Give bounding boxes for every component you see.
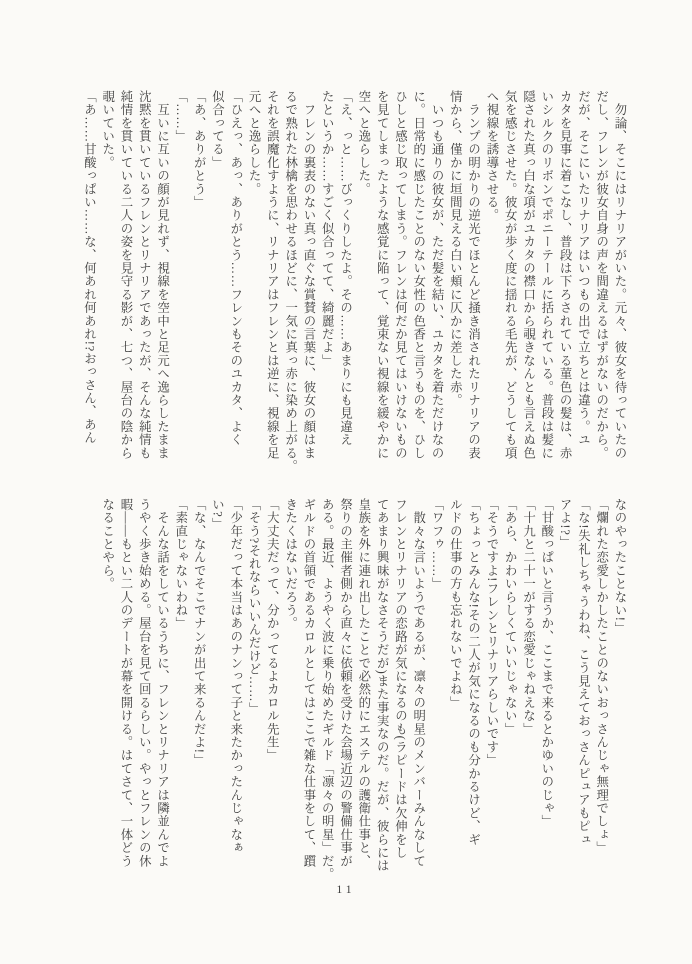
- text-column: 「……」: [172, 90, 190, 462]
- text-column: ルドの仕事の方も忘れないでよね」: [446, 498, 464, 870]
- text-column: い?」: [208, 498, 226, 870]
- text-column: 情から、僅かに垣間見える白い頬に仄かに差した赤。: [446, 90, 464, 462]
- text-column: 沈黙を貫いているフレンとリナリアであったが、そんな純情も: [135, 90, 153, 462]
- text-column: 「素直じゃないわね」: [172, 498, 190, 870]
- text-column: フレンとリナリアの恋路が気になるのも(ラピードは欠伸をし: [391, 498, 409, 870]
- text-column: だし、フレンが彼女自身の声を間違えるはずがないのだから。: [592, 90, 610, 462]
- text-column: るで熟れた林檎を思わせるほどに、一気に真っ赤に染め上がる。: [281, 90, 299, 462]
- text-column: だが、そこにいたリナリアはいつもの出で立ちとは違う。ユ: [574, 90, 592, 462]
- page-number: 11: [0, 884, 692, 896]
- text-column: 「ひえっ、あっ、ありがとう……フレンもそのユカタ、よく: [226, 90, 244, 462]
- text-column: 「十九と二十一がする恋愛じゃねえな」: [519, 498, 537, 870]
- text-column: フレンの裏表のない真っ直ぐな賞賛の言葉に、彼女の顔はま: [300, 90, 318, 462]
- text-column: 「あ……甘酸っぱい……な、何あれ何あれ!?おっさん、あん: [80, 90, 98, 462]
- text-column: いつも通りの彼女が、ただ髪を結い、ユカタを着ただけなの: [428, 90, 446, 462]
- text-column: 「ワフゥ……」: [428, 498, 446, 870]
- text-column: 「爛れた恋愛しかしたことのないおっさんじゃ無理でしょ」: [592, 498, 610, 870]
- text-column: 「そうですよ!フレンとリナリアらしいです」: [483, 498, 501, 870]
- text-column: なることやら。: [98, 498, 116, 870]
- text-column: なのやったことない!」: [611, 498, 629, 870]
- text-column: 覗いていた。: [98, 90, 116, 462]
- top-text-block: 勿論、そこにはリナリアがいた。元々、彼女を待っていたのだし、フレンが彼女自身の声…: [80, 90, 629, 462]
- text-column: 「大丈夫だって、分かってるよカロル先生」: [263, 498, 281, 870]
- text-column: それを誤魔化すように、リナリアはフレンとは逆に、視線を足: [263, 90, 281, 462]
- text-column: 祭りの主催者側から直々に依頼を受けた会場近辺の警備仕事が: [336, 498, 354, 870]
- text-column: 「そう?それならいいんだけど……」: [245, 498, 263, 870]
- text-column: いシルクのリボンでポニーテールに括られている。普段は髪に: [538, 90, 556, 462]
- text-column: 暇――もとい二人のデートが幕を開ける。はてさて、一体どう: [117, 498, 135, 870]
- text-column: てあまり興味がなさそうだが)また事実なのだ。だが、彼らには: [373, 498, 391, 870]
- text-column: へ視線を誘導させる。: [483, 90, 501, 462]
- bottom-text-block: なのやったことない!」「爛れた恋愛しかしたことのないおっさんじゃ無理でしょ」「な…: [98, 498, 629, 870]
- text-column: 勿論、そこにはリナリアがいた。元々、彼女を待っていたの: [611, 90, 629, 462]
- text-column: 「な、なんでそこでナンが出て来るんだよ!」: [190, 498, 208, 870]
- novel-page: { "page": { "background_color": "#fbfaf7…: [0, 0, 692, 964]
- text-column: 「あら、かわいらしくていいじゃない」: [501, 498, 519, 870]
- text-column: アよ!?」: [556, 498, 574, 870]
- text-column: カタを見事に着こなし、普段は下ろされている菫色の髪は、赤: [556, 90, 574, 462]
- text-column: 「え、っと……びっくりしたよ。その……あまりにも見違え: [336, 90, 354, 462]
- text-column: 「甘酸っぱいと言うか、ここまで来るとかゆいのじゃ」: [538, 498, 556, 870]
- text-column: 気を感じさせた。彼女が歩く度に揺れる毛先が、どうしても項: [501, 90, 519, 462]
- text-column: ひしと感じ取ってしまう。フレンは何だか見てはいけないもの: [391, 90, 409, 462]
- text-column: を見てしまったような感覚に陥って、覚束ない視線を緩やかに: [373, 90, 391, 462]
- text-column: そんな話をしているうちに、フレンとリナリアは隣並んでよ: [153, 498, 171, 870]
- text-column: 空へと逸らした。: [355, 90, 373, 462]
- text-column: 元へと逸らした。: [245, 90, 263, 462]
- text-column: たというか……すごく似合ってて、綺麗だよ」: [318, 90, 336, 462]
- text-column: 「あ、ありがとう」: [190, 90, 208, 462]
- text-column: 隠された真っ白な項がユカタの襟口から覗きなんとも言えぬ色: [519, 90, 537, 462]
- text-column: 「ちょっとみんな!その二人が気になるのも分かるけど、ギ: [464, 498, 482, 870]
- text-column: 皇族を外に連れ出したことで必然的にエステルの護衛仕事と、: [355, 498, 373, 870]
- text-column: きたくはないだろう。: [281, 498, 299, 870]
- text-column: 散々な言いようであるが、凛々の明星のメンバーみんなして: [409, 498, 427, 870]
- text-column: 「な!失礼しちゃうわね、こう見えておっさんピュアもピュ: [574, 498, 592, 870]
- text-column: 純情を貫いている二人の姿を見守る影が、七つ、屋台の陰から: [117, 90, 135, 462]
- text-column: 「少年だって本当はあのナンって子と来たかったんじゃなぁ: [226, 498, 244, 870]
- text-column: に。日常的に感じたことのない女性の色香と言うものを、ひし: [409, 90, 427, 462]
- text-column: 似合ってる」: [208, 90, 226, 462]
- text-column: うやく歩き始める。屋台を見て回るらしい。やっとフレンの休: [135, 498, 153, 870]
- text-column: 互いに互いの顔が見れず、視線を空中と足元へ逸らしたまま: [153, 90, 171, 462]
- text-column: ギルドの首領であるカロルとしてはここで雑な仕事をして、躓: [300, 498, 318, 870]
- text-column: ランプの明かりの逆光でほとんど掻き消されたリナリアの表: [464, 90, 482, 462]
- text-column: ある。最近、ようやく波に乗り始めたギルド「凛々の明星」だ。: [318, 498, 336, 870]
